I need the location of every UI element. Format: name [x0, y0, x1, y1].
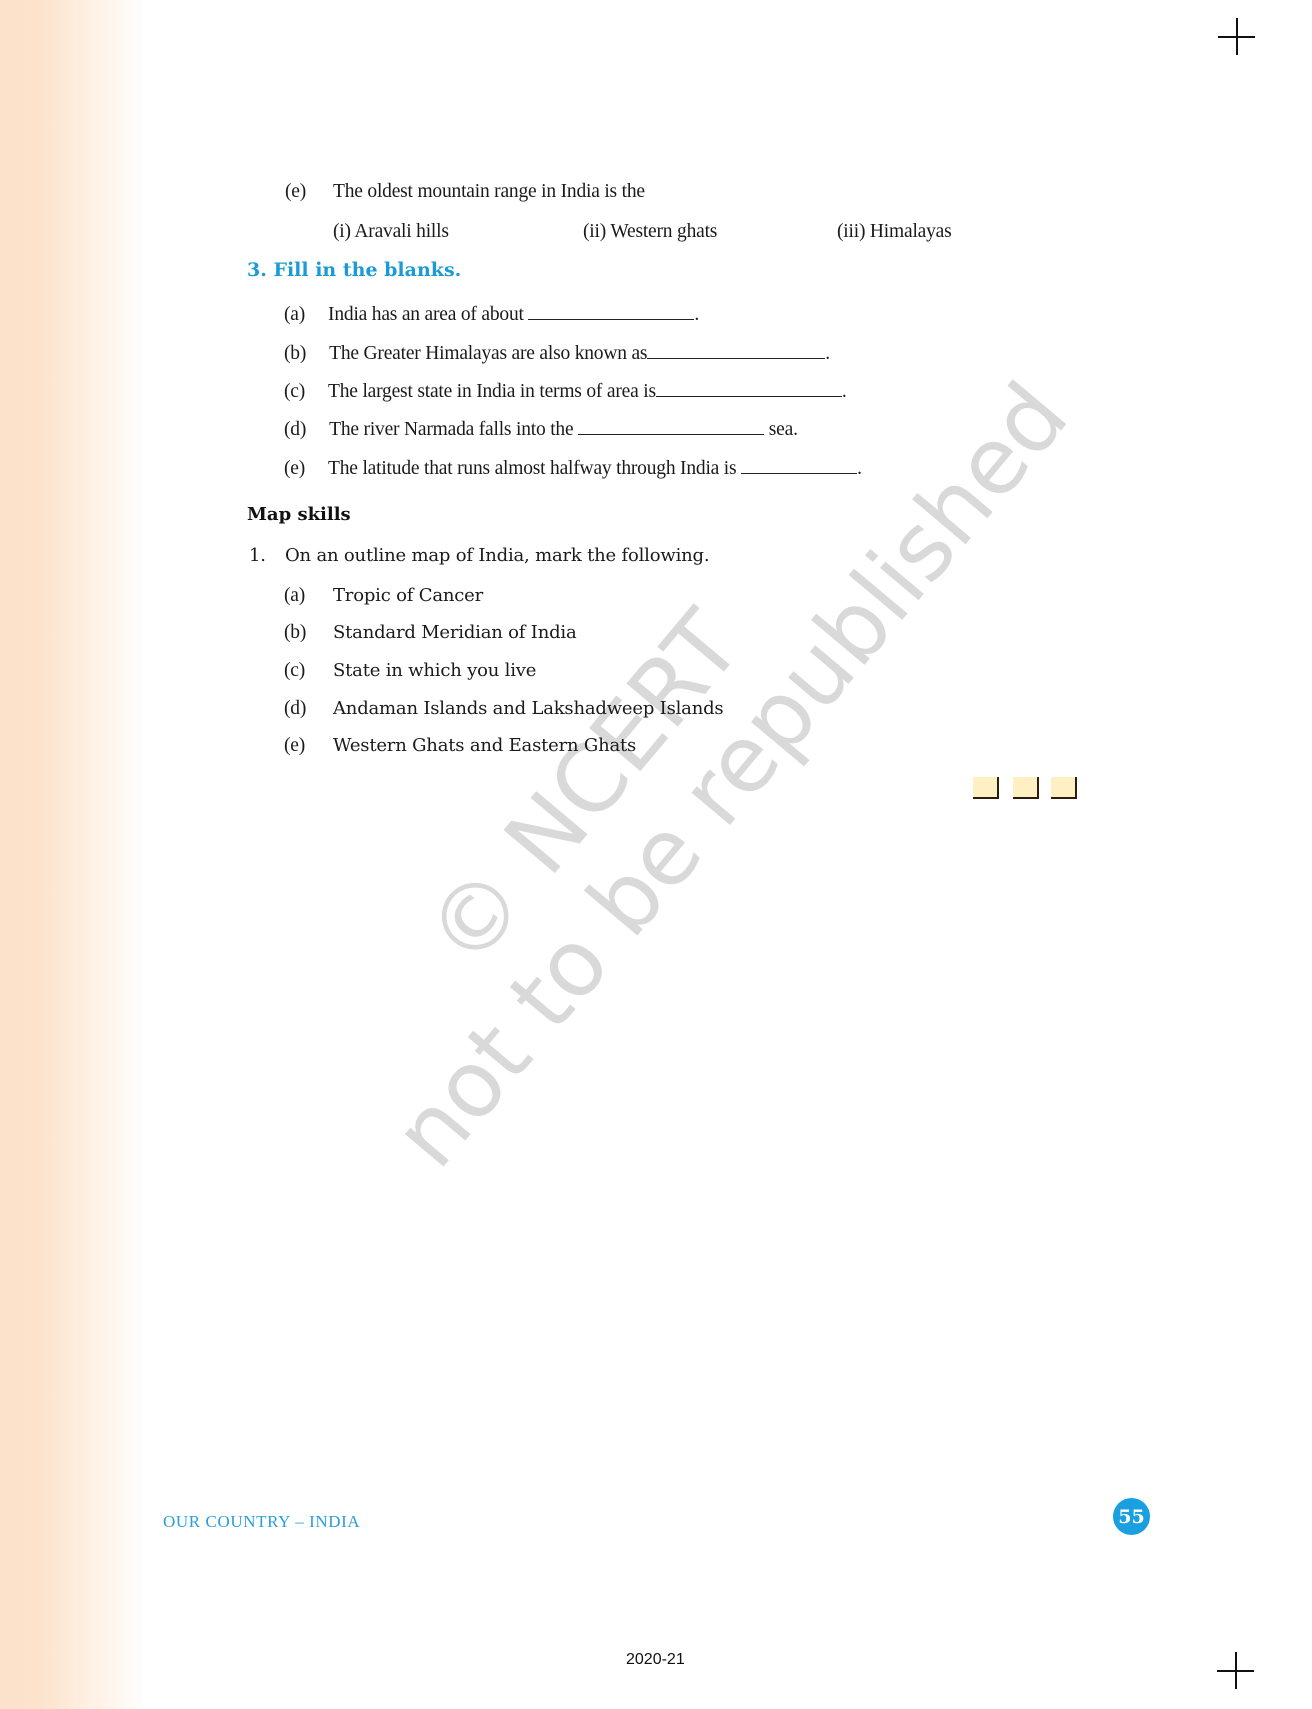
- item-text: The river Narmada falls into the: [329, 419, 578, 440]
- watermark-notice: not to be republished: [373, 363, 1089, 1187]
- item-label: (d): [284, 419, 306, 440]
- end-marker-box-icon: [1013, 777, 1039, 799]
- item-punct: sea.: [764, 419, 798, 440]
- item-text: The latitude that runs almost halfway th…: [328, 458, 741, 479]
- item-text: India has an area of about: [328, 304, 528, 325]
- item-label: (b): [284, 343, 306, 364]
- blank-item-d: (d)The river Narmada falls into the sea.: [284, 416, 798, 442]
- item-text: Standard Meridian of India: [333, 621, 577, 645]
- page-number-badge: 55: [1113, 1498, 1150, 1535]
- item-text: The largest state in India in terms of a…: [328, 381, 656, 402]
- item-label: (a): [284, 304, 305, 325]
- blank-field[interactable]: [647, 340, 825, 359]
- item-label: (e): [285, 180, 306, 204]
- map-skills-heading: Map skills: [247, 504, 351, 525]
- item-text: Western Ghats and Eastern Ghats: [333, 734, 636, 758]
- item-label: (c): [284, 381, 305, 402]
- item-punct: .: [694, 304, 699, 325]
- blank-item-e: (e)The latitude that runs almost halfway…: [284, 455, 862, 481]
- option-iii: (iii) Himalayas: [837, 220, 952, 244]
- blank-item-a: (a)India has an area of about .: [284, 301, 699, 327]
- map-question-text: On an outline map of India, mark the fol…: [285, 544, 709, 568]
- fill-blanks-heading: 3. Fill in the blanks.: [247, 259, 461, 281]
- option-i: (i) Aravali hills: [333, 220, 449, 244]
- watermark-copyright: © NCERT: [406, 592, 762, 987]
- end-marker-box-icon: [973, 777, 999, 799]
- blank-field[interactable]: [528, 301, 694, 320]
- crop-mark-top-icon: [1218, 18, 1255, 55]
- end-marker-box-icon: [1051, 777, 1077, 799]
- option-ii: (ii) Western ghats: [583, 220, 717, 244]
- item-punct: .: [842, 381, 847, 402]
- item-label: (e): [284, 734, 305, 758]
- edition-year: 2020-21: [626, 1651, 685, 1669]
- item-label: (c): [284, 659, 305, 683]
- map-question-number: 1.: [249, 544, 266, 568]
- item-punct: .: [825, 343, 830, 364]
- item-text: Tropic of Cancer: [333, 584, 483, 608]
- item-text: The oldest mountain range in India is th…: [333, 180, 645, 204]
- item-text: State in which you live: [333, 659, 536, 683]
- item-text: The Greater Himalayas are also known as: [329, 343, 647, 364]
- item-label: (a): [284, 584, 305, 608]
- item-label: (e): [284, 458, 305, 479]
- page-side-band: [0, 0, 150, 1709]
- blank-item-b: (b)The Greater Himalayas are also known …: [284, 340, 830, 366]
- item-punct: .: [857, 458, 862, 479]
- crop-mark-bottom-icon: [1217, 1652, 1254, 1689]
- item-label: (b): [284, 621, 306, 645]
- book-title: OUR COUNTRY – INDIA: [163, 1512, 360, 1532]
- blank-field[interactable]: [578, 416, 764, 435]
- blank-field[interactable]: [741, 455, 857, 474]
- blank-field[interactable]: [656, 378, 842, 397]
- item-label: (d): [284, 697, 306, 721]
- item-text: Andaman Islands and Lakshadweep Islands: [333, 697, 723, 721]
- blank-item-c: (c)The largest state in India in terms o…: [284, 378, 847, 404]
